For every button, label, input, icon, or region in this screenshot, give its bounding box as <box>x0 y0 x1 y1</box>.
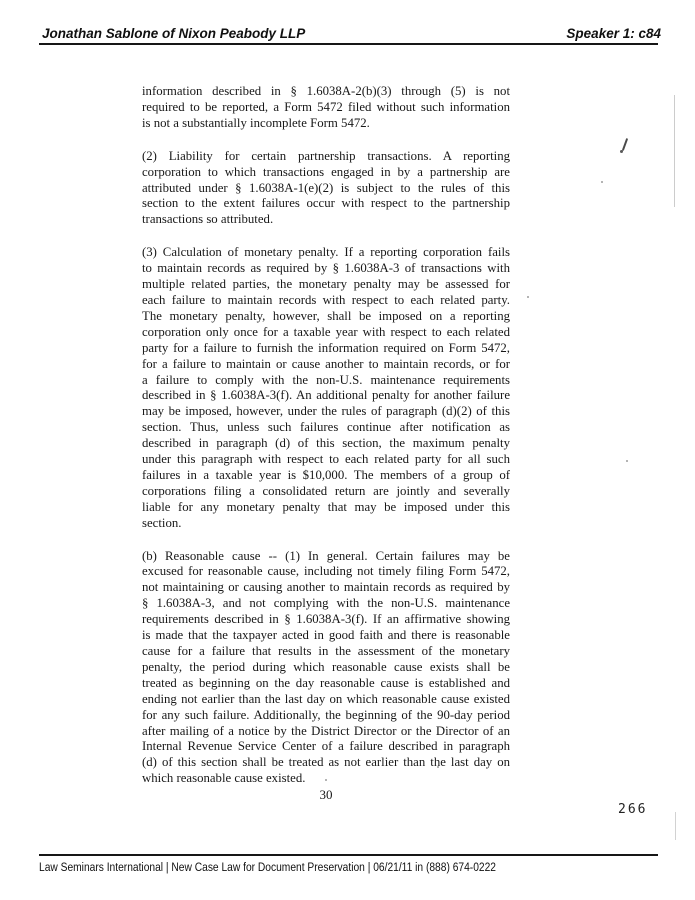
text-line: Internal Revenue Service Center of a fai… <box>142 739 510 755</box>
text-line: transactions so attributed. <box>142 212 510 228</box>
text-line: is made that the taxpayer acted in good … <box>142 628 510 644</box>
text-line: not maintaining or causing another to ma… <box>142 580 510 596</box>
text-line: § 1.6038A-3, and not complying with the … <box>142 596 510 612</box>
scan-speck <box>527 296 529 298</box>
footer-rule <box>39 854 658 856</box>
page-number: 30 <box>142 787 510 803</box>
text-line: (d) of this section shall be treated as … <box>142 755 510 771</box>
text-line: section to the extent failures occur wit… <box>142 196 510 212</box>
document-page: Jonathan Sablone of Nixon Peabody LLP Sp… <box>0 0 695 900</box>
text-line: is not a substantially incomplete Form 5… <box>142 116 510 132</box>
text-line: requirements described in § 1.6038A-3(f)… <box>142 612 510 628</box>
header-author: Jonathan Sablone of Nixon Peabody LLP <box>42 26 305 41</box>
text-line: to maintain records as required by § 1.6… <box>142 261 510 277</box>
paragraph: information described in § 1.6038A-2(b)(… <box>142 84 510 132</box>
text-line: liable for any monetary penalty that may… <box>142 500 510 516</box>
paragraph: (2) Liability for certain partnership tr… <box>142 149 510 229</box>
text-line: ending not earlier than the last day on … <box>142 692 510 708</box>
scan-speck <box>626 460 628 462</box>
text-line: (b) Reasonable cause -- (1) In general. … <box>142 549 510 565</box>
footer-seminar-info: Law Seminars International | New Case La… <box>39 860 496 874</box>
paragraph: (b) Reasonable cause -- (1) In general. … <box>142 549 510 788</box>
handwritten-tick-dot <box>620 150 623 153</box>
text-line: excused for reasonable cause, including … <box>142 564 510 580</box>
text-line: corporations filing a consolidated retur… <box>142 484 510 500</box>
scan-speck <box>601 181 603 183</box>
text-line: each failure to maintain records with re… <box>142 293 510 309</box>
text-line: (2) Liability for certain partnership tr… <box>142 149 510 165</box>
text-line: described in paragraph (d) of this secti… <box>142 436 510 452</box>
scan-speck <box>437 766 439 768</box>
text-line: section. <box>142 516 510 532</box>
text-line: required to be reported, a Form 5472 fil… <box>142 100 510 116</box>
text-line: (3) Calculation of monetary penalty. If … <box>142 245 510 261</box>
scan-edge-artifact <box>674 95 675 207</box>
text-line: failures in a taxable year is $10,000. T… <box>142 468 510 484</box>
text-line: corporation only once for a taxable year… <box>142 325 510 341</box>
text-line: corporation to which transactions engage… <box>142 165 510 181</box>
text-line: party for a failure to furnish the infor… <box>142 341 510 357</box>
text-line: attributed under § 1.6038A-1(e)(2) is su… <box>142 181 510 197</box>
text-line: for any such failure. Additionally, the … <box>142 708 510 724</box>
handwritten-tick-mark <box>622 138 628 151</box>
text-line: may be imposed, however, under the rules… <box>142 404 510 420</box>
scan-edge-artifact <box>675 812 676 840</box>
text-line: a failure to comply with the non-U.S. ma… <box>142 373 510 389</box>
header-rule <box>39 43 658 45</box>
text-line: multiple related parties, the monetary p… <box>142 277 510 293</box>
header-speaker-label: Speaker 1: c84 <box>566 26 661 41</box>
paragraph: (3) Calculation of monetary penalty. If … <box>142 245 510 531</box>
text-line: treated as beginning on the day reasonab… <box>142 676 510 692</box>
text-line: The monetary penalty, however, shall be … <box>142 309 510 325</box>
text-line: penalty, the period during which reasona… <box>142 660 510 676</box>
text-line: section. Thus, unless such failures cont… <box>142 420 510 436</box>
text-line: information described in § 1.6038A-2(b)(… <box>142 84 510 100</box>
bates-stamp-number: 266 <box>618 802 647 817</box>
text-line: described in § 1.6038A-3(f). An addition… <box>142 388 510 404</box>
body-text: information described in § 1.6038A-2(b)(… <box>142 84 510 804</box>
text-line: cause for a failure that results in the … <box>142 644 510 660</box>
text-line: under this paragraph with respect to eac… <box>142 452 510 468</box>
scan-speck <box>325 779 327 781</box>
text-line: after mailing of a notice by the Distric… <box>142 724 510 740</box>
text-line: for a failure to maintain or cause anoth… <box>142 357 510 373</box>
